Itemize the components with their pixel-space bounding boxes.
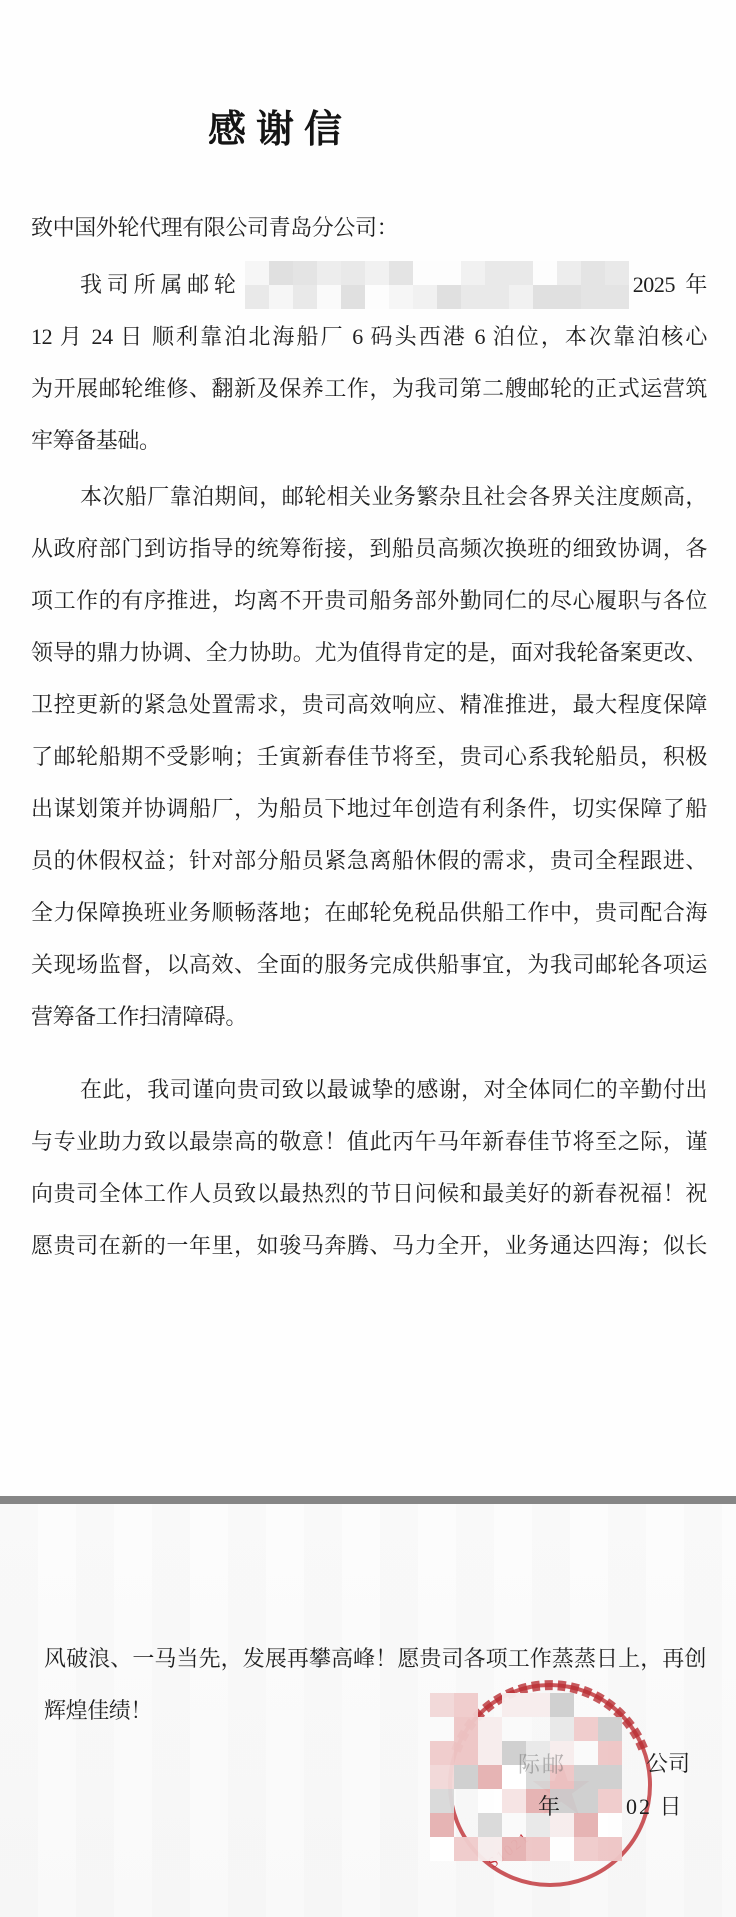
- scanned-letter: 感谢信 致中国外轮代理有限公司青岛分公司： 我司所属邮轮2025 年 12 月 …: [0, 0, 736, 1917]
- letter-page-1: 感谢信 致中国外轮代理有限公司青岛分公司： 我司所属邮轮2025 年 12 月 …: [0, 0, 736, 1496]
- body-line: 在此，我司谨向贵司致以最诚挚的感谢，对全体同仁的辛勤付出: [31, 1064, 707, 1116]
- paragraph-1-prefix: 我司所属邮轮: [80, 272, 241, 297]
- paragraph-1-suffix: 2025 年: [633, 272, 707, 297]
- body-line: 本次船厂靠泊期间，邮轮相关业务繁杂且社会各界关注度颇高，: [31, 471, 707, 523]
- page-divider: [0, 1496, 736, 1504]
- body-line: 从政府部门到访指导的统筹衔接，到船员高频次换班的细致协调，各: [31, 523, 707, 575]
- paragraph-1: 我司所属邮轮2025 年 12 月 24 日 顺利靠泊北海船厂 6 码头西港 6…: [31, 259, 707, 467]
- signature-ghost-fragment: 际邮: [518, 1748, 566, 1779]
- letter-page-2: 风破浪、一马当先，发展再攀高峰！愿贵司各项工作蒸蒸日上，再创辉煌佳绩！ ★ S1…: [0, 1504, 736, 1917]
- paragraph-1-lines: 12 月 24 日 顺利靠泊北海船厂 6 码头西港 6 泊位，本次靠泊核心为开展…: [31, 311, 707, 467]
- salutation: 致中国外轮代理有限公司青岛分公司：: [31, 202, 707, 254]
- body-line: 卫控更新的紧急处置需求，贵司高效响应、精准推进，最大程度保障: [31, 679, 707, 731]
- body-line: 愿贵司在新的一年里，如骏马奔腾、马力全开，业务通达四海；似长: [31, 1220, 707, 1272]
- letter-title: 感谢信: [0, 98, 560, 153]
- body-line: 向贵司全体工作人员致以最热烈的节日问候和最美好的新春祝福！祝: [31, 1168, 707, 1220]
- body-line: 为开展邮轮维修、翻新及保养工作，为我司第二艘邮轮的正式运营筑: [31, 363, 707, 415]
- salutation-block: 致中国外轮代理有限公司青岛分公司：: [31, 202, 707, 254]
- body-line: 关现场监督，以高效、全面的服务完成供船事宜，为我司邮轮各项运: [31, 939, 707, 991]
- paragraph-3: 在此，我司谨向贵司致以最诚挚的感谢，对全体同仁的辛勤付出与专业助力致以最崇高的敬…: [31, 1064, 707, 1272]
- date-year-char: 年: [538, 1792, 560, 1822]
- redaction-mosaic-ship-name: [245, 261, 629, 309]
- body-line: 了邮轮船期不受影响；壬寅新春佳节将至，贵司心系我轮船员，积极: [31, 731, 707, 783]
- body-line: 与专业助力致以最崇高的敬意！值此丙午马年新春佳节将至之际，谨: [31, 1116, 707, 1168]
- body-line: 营筹备工作扫清障碍。: [31, 991, 707, 1043]
- body-line: 员的休假权益；针对部分船员紧急离船休假的需求，贵司全程跟进、: [31, 835, 707, 887]
- paragraph-2: 本次船厂靠泊期间，邮轮相关业务繁杂且社会各界关注度颇高，从政府部门到访指导的统筹…: [31, 471, 707, 1043]
- date-day: 02 日: [626, 1792, 684, 1822]
- body-line: 出谋划策并协调船厂，为船员下地过年创造有利条件，切实保障了船: [31, 783, 707, 835]
- body-line: 领导的鼎力协调、全力协助。尤为值得肯定的是，面对我轮备案更改、: [31, 627, 707, 679]
- body-line: 全力保障换班业务顺畅落地；在邮轮免税品供船工作中，贵司配合海: [31, 887, 707, 939]
- body-line: 12 月 24 日 顺利靠泊北海船厂 6 码头西港 6 泊位，本次靠泊核心: [31, 311, 707, 363]
- body-line: 牢筹备基础。: [31, 415, 707, 467]
- paragraph-1-first-line: 我司所属邮轮2025 年: [31, 259, 707, 311]
- body-line: 项工作的有序推进，均离不开贵司船务部外勤同仁的尽心履职与各位: [31, 575, 707, 627]
